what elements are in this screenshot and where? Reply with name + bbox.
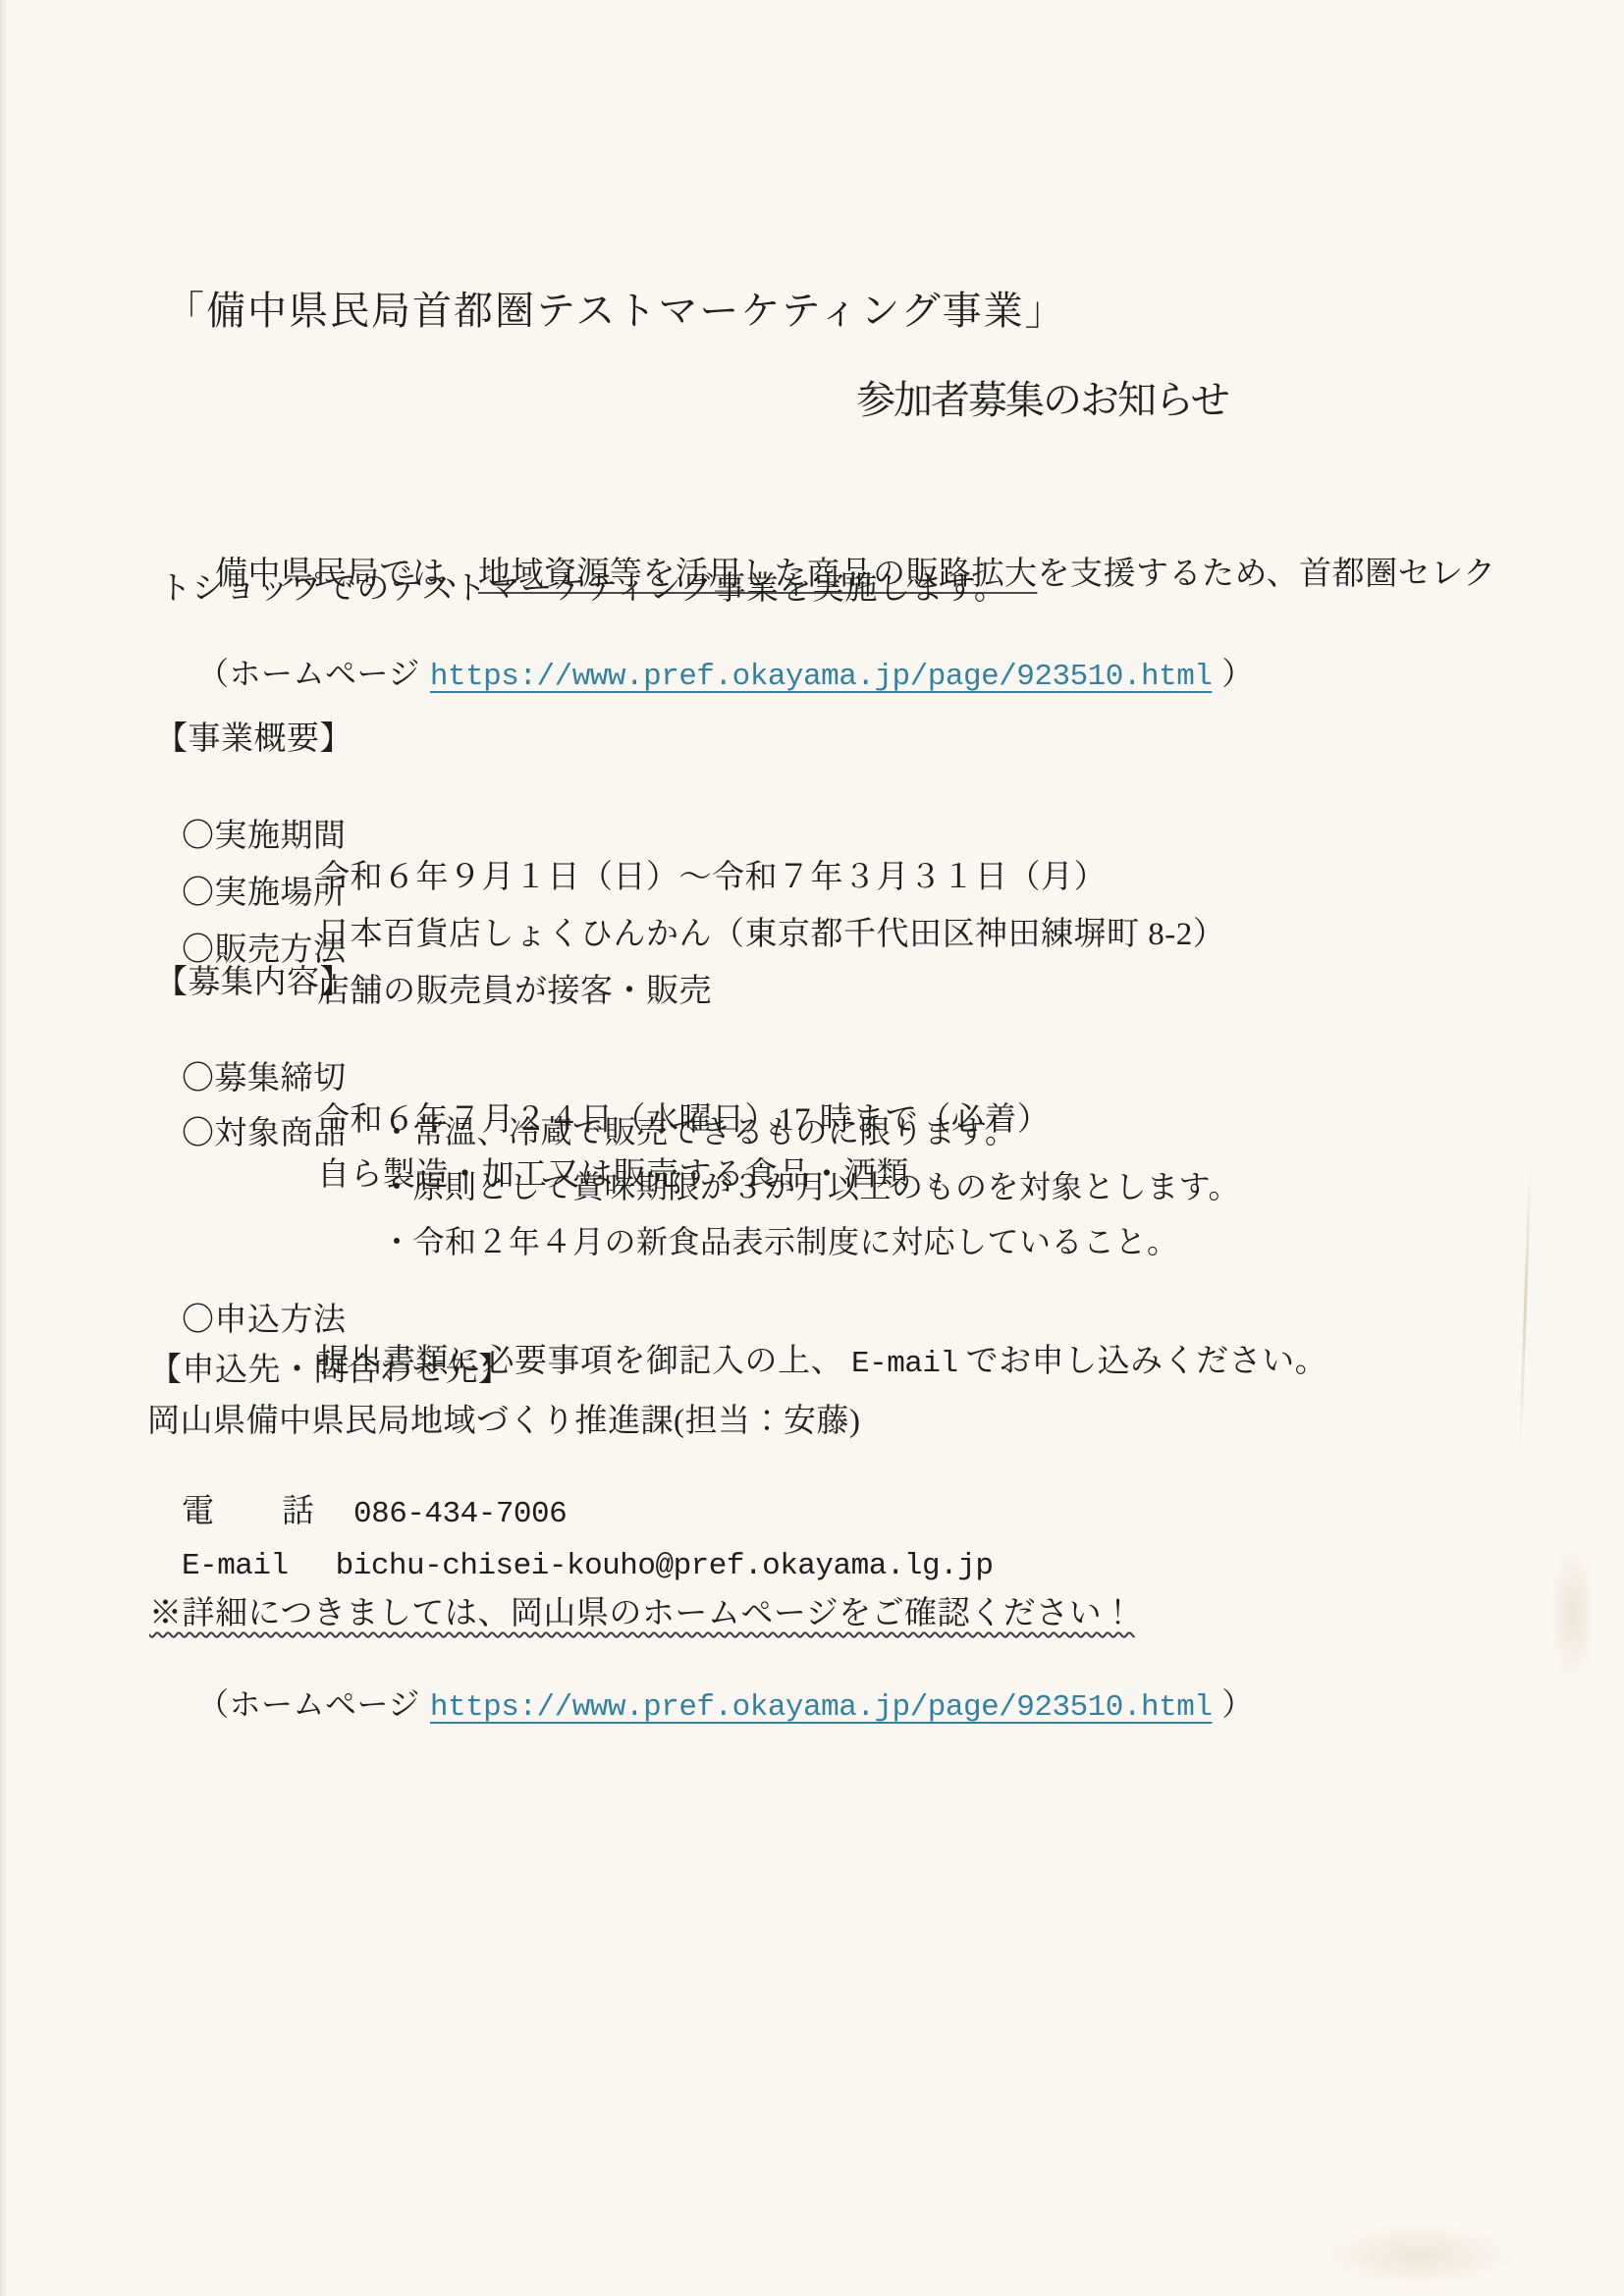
section-heading-recruitment: 【募集内容】 [155, 963, 352, 1003]
row-label: 〇対象商品 [182, 1116, 347, 1151]
row-value: 日本百貨店しょくひんかん（東京都千代田区神田練塀町 8-2） [317, 915, 1225, 955]
homepage-close-paren: ） [1221, 656, 1254, 691]
footer-note: ※詳細につきましては、岡山県のホームページをご確認ください！ [149, 1594, 1135, 1634]
section-heading-overview: 【事業概要】 [155, 720, 352, 760]
homepage-line-bottom: （ホームページhttps://www.pref.okayama.jp/page/… [164, 1645, 1254, 1767]
row-label: 〇申込方法 [182, 1303, 347, 1338]
document-title: 「備中県民局首都圏テストマーケティング事業」 [165, 287, 1066, 336]
recruitment-row-products: 〇対象商品 自ら製造・加工又は販売する食品・酒類 [147, 1074, 347, 1236]
intro-line-2: トショップでのテストマーケティング事業を実施します。 [159, 569, 1006, 610]
scan-artifact-crease [1519, 1163, 1532, 1448]
section-heading-contact: 【申込先・問合わせ先】 [149, 1351, 512, 1391]
homepage-open-label: （ホームページ [197, 656, 420, 691]
recruitment-bullet-2: ・原則として賞味期限が３か月以上のものを対象とします。 [381, 1167, 1240, 1206]
apply-value-post: でお申し込みください。 [966, 1344, 1328, 1379]
document-subtitle: 参加者募集のお知らせ [856, 376, 1228, 425]
apply-value-email-word: E-mail [851, 1347, 958, 1381]
homepage-open-label: （ホームページ [197, 1686, 420, 1722]
homepage-line-top: （ホームページhttps://www.pref.okayama.jp/page/… [164, 614, 1254, 736]
homepage-url-link-top[interactable]: https://www.pref.okayama.jp/page/923510.… [430, 660, 1213, 694]
scanned-document-page: 「備中県民局首都圏テストマーケティング事業」 参加者募集のお知らせ 備中県民局で… [0, 0, 1624, 2296]
intro-line-1-post: を支援するため、首都圏セレク [1038, 557, 1496, 592]
scan-artifact-left-edge [0, 0, 8, 2296]
scan-artifact-blotch [1321, 2223, 1517, 2287]
recruitment-row-apply: 〇申込方法 提出書類に必要事項を御記入の上、E-mailでお申し込みください。 [147, 1260, 347, 1422]
recruitment-bullet-3: ・令和２年４月の新食品表示制度に対応していること。 [381, 1222, 1179, 1261]
email-label: E-mail [182, 1549, 289, 1583]
email-address: bichu-chisei-kouho@pref.okayama.lg.jp [336, 1549, 994, 1583]
contact-office: 岡山県備中県民局地域づくり推進課(担当：安藤) [147, 1402, 860, 1442]
scan-artifact-smudge [1549, 1543, 1597, 1685]
recruitment-bullet-1: ・常温、冷蔵で販売できるものに限ります。 [381, 1112, 1016, 1151]
row-value: 令和６年９月１日（日）～令和７年３月３１日（月） [317, 858, 1107, 898]
homepage-url-link-bottom[interactable]: https://www.pref.okayama.jp/page/923510.… [430, 1690, 1213, 1725]
homepage-close-paren: ） [1221, 1686, 1254, 1722]
row-value: 店舗の販売員が接客・販売 [317, 972, 712, 1012]
